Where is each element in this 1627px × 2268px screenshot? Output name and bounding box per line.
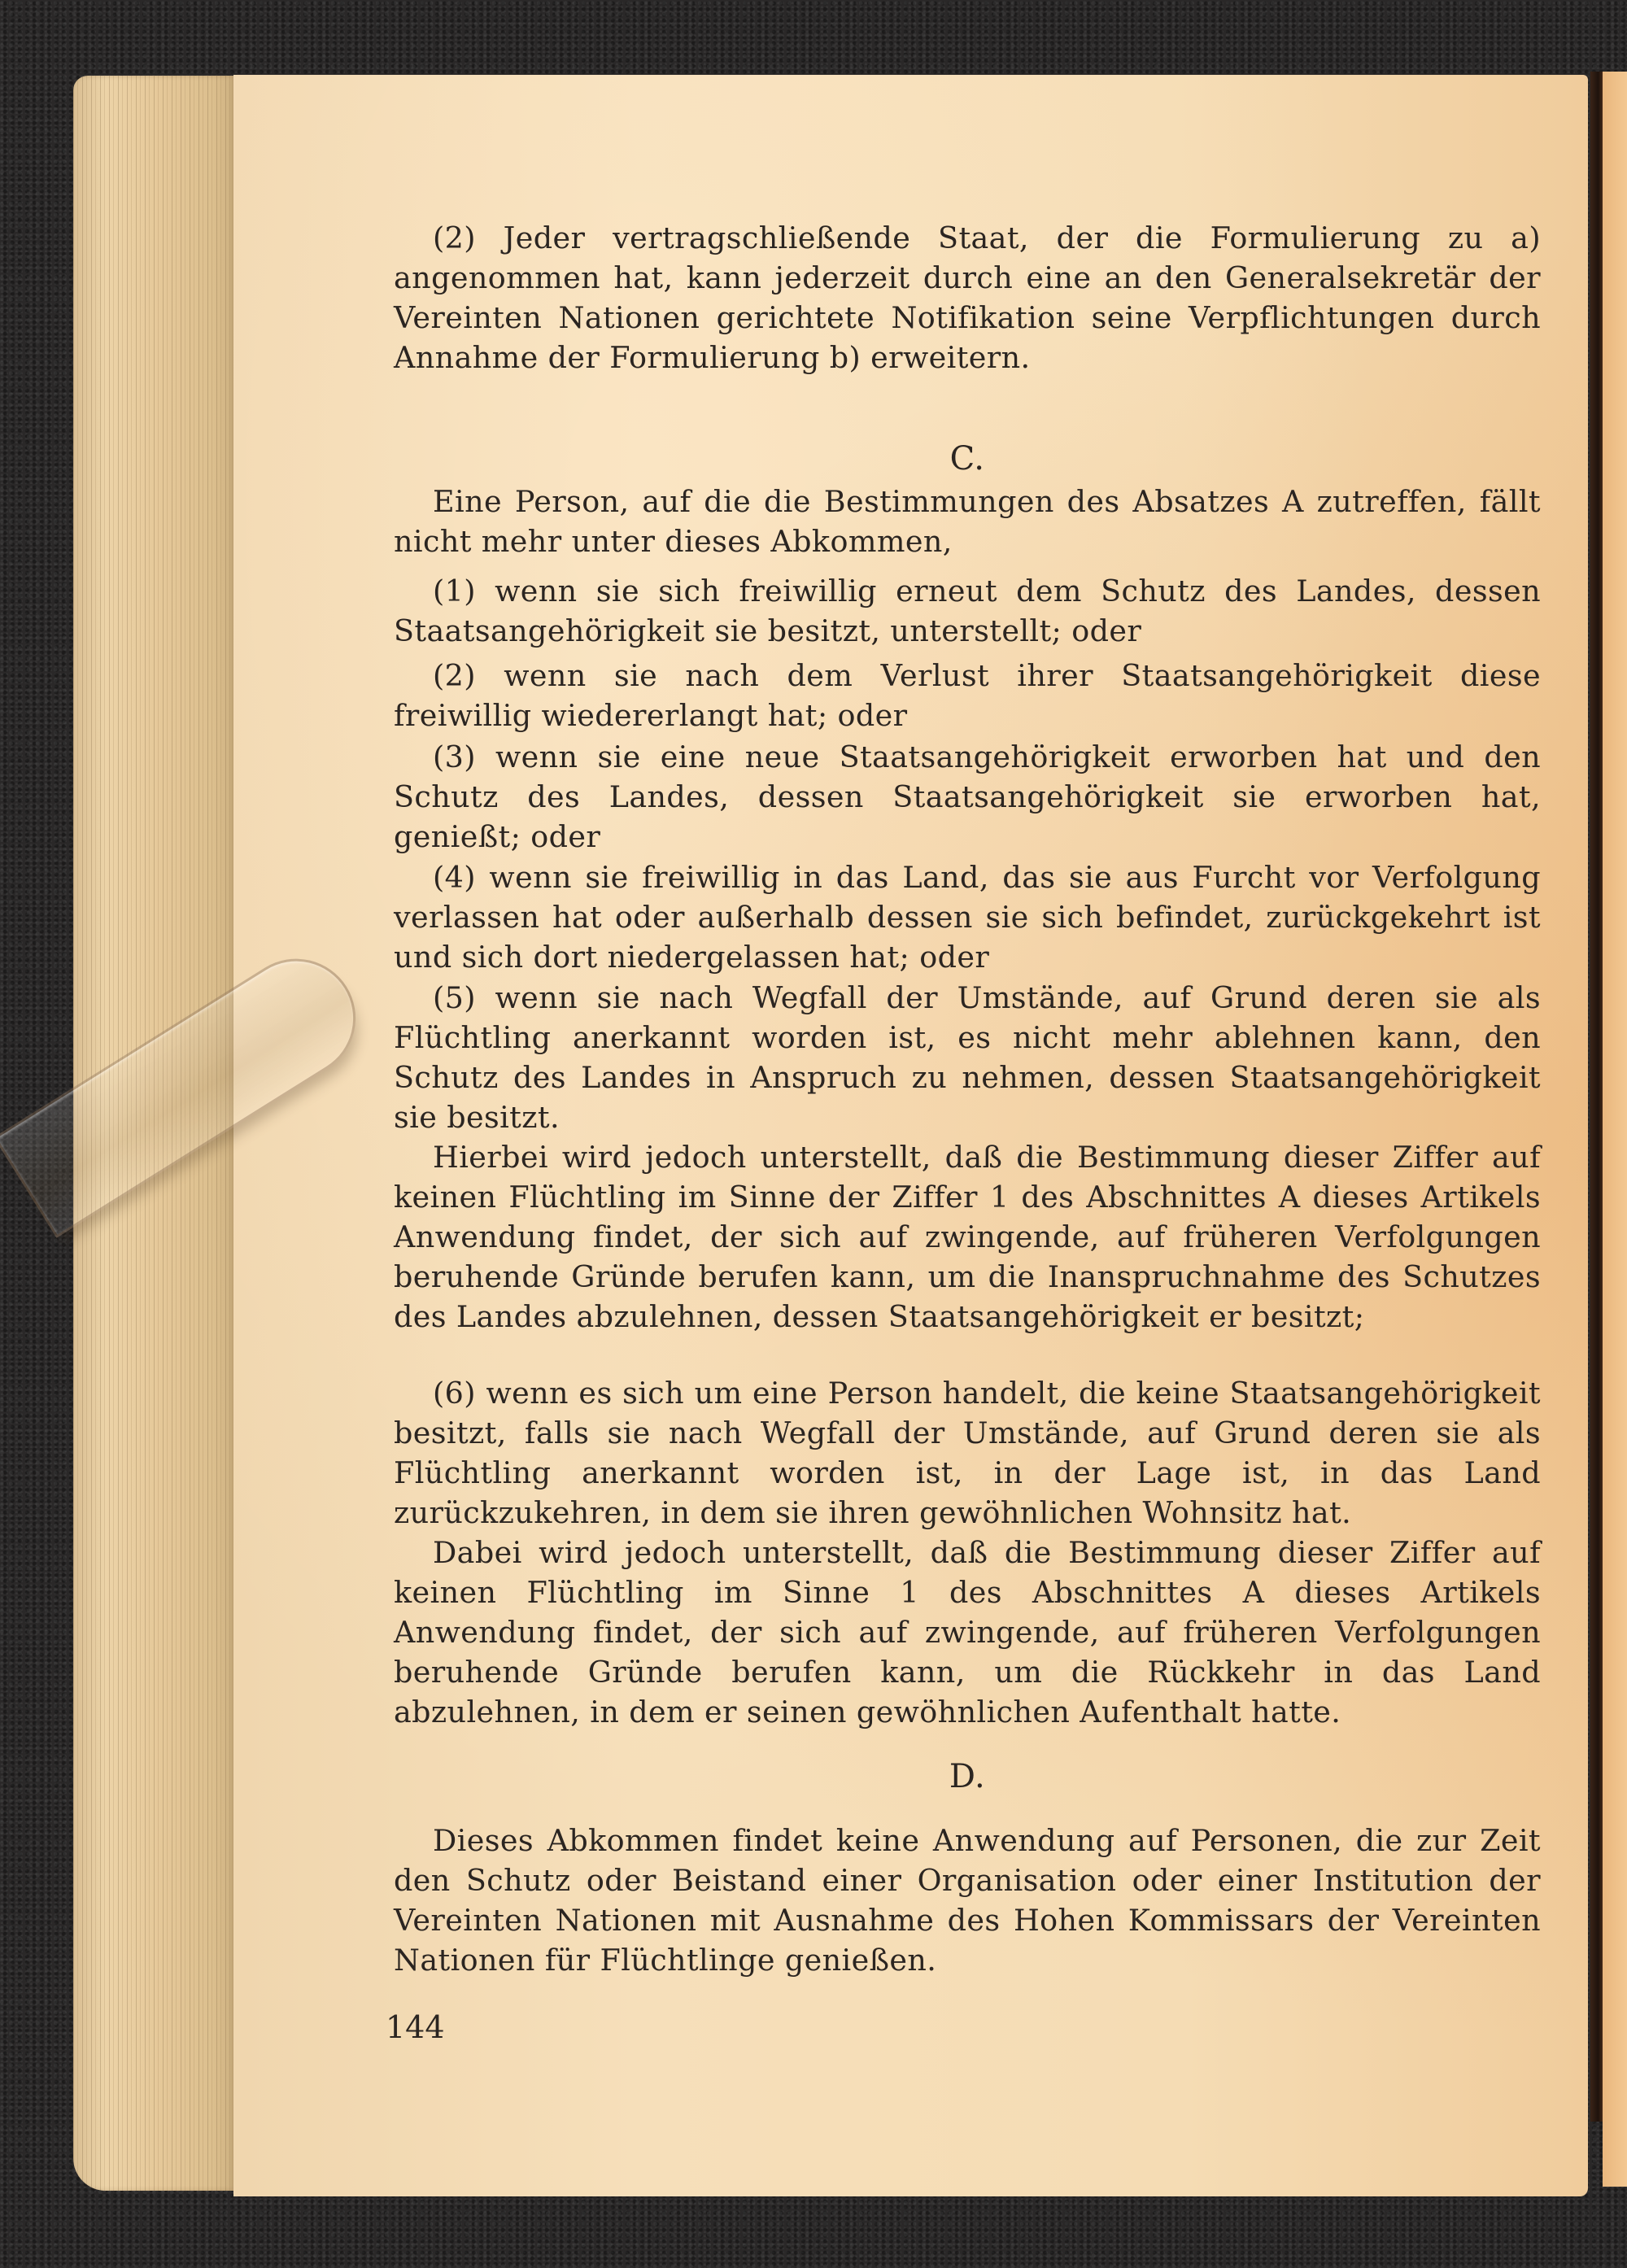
section-c-item-5: (5) wenn sie nach Wegfall der Umstände, … xyxy=(394,978,1541,1137)
section-c-heading: C. xyxy=(394,439,1541,479)
section-c-item-6: (6) wenn es sich um eine Person handelt,… xyxy=(394,1373,1541,1533)
section-c-lead: Eine Person, auf die die Bestimmungen de… xyxy=(394,482,1541,561)
intro-paragraph-block: (2) Jeder vertragschließende Staat, der … xyxy=(394,218,1541,377)
section-c-lead-block: Eine Person, auf die die Bestimmungen de… xyxy=(394,482,1541,561)
section-c-proviso-5: Hierbei wird jedoch unterstellt, daß die… xyxy=(394,1137,1541,1337)
section-d-heading: D. xyxy=(394,1757,1541,1797)
section-d-block: Dieses Abkommen findet keine Anwendung a… xyxy=(394,1821,1541,1980)
section-c-item-3-block: (3) wenn sie eine neue Staatsangehörigke… xyxy=(394,737,1541,857)
section-c-item-4-block: (4) wenn sie freiwillig in das Land, das… xyxy=(394,857,1541,977)
book-gutter xyxy=(1590,72,1603,2122)
page-number: 144 xyxy=(386,2009,445,2045)
section-c-item-6-block: (6) wenn es sich um eine Person handelt,… xyxy=(394,1373,1541,1533)
section-c-item-5-block: (5) wenn sie nach Wegfall der Umstände, … xyxy=(394,978,1541,1137)
section-c-item-4: (4) wenn sie freiwillig in das Land, das… xyxy=(394,857,1541,977)
section-c-item-1-block: (1) wenn sie sich freiwillig erneut dem … xyxy=(394,571,1541,651)
intro-paragraph: (2) Jeder vertragschließende Staat, der … xyxy=(394,218,1541,377)
section-c-proviso-5-block: Hierbei wird jedoch unterstellt, daß die… xyxy=(394,1137,1541,1337)
section-c-proviso-6: Dabei wird jedoch unterstellt, daß die B… xyxy=(394,1533,1541,1732)
section-c-item-2: (2) wenn sie nach dem Verlust ihrer Staa… xyxy=(394,656,1541,735)
next-page-edge xyxy=(1603,72,1627,2187)
section-c-item-1: (1) wenn sie sich freiwillig erneut dem … xyxy=(394,571,1541,651)
section-d-text: Dieses Abkommen findet keine Anwendung a… xyxy=(394,1821,1541,1980)
section-c-item-2-block: (2) wenn sie nach dem Verlust ihrer Staa… xyxy=(394,656,1541,735)
section-c-proviso-6-block: Dabei wird jedoch unterstellt, daß die B… xyxy=(394,1533,1541,1732)
section-c-item-3: (3) wenn sie eine neue Staatsangehörigke… xyxy=(394,737,1541,857)
